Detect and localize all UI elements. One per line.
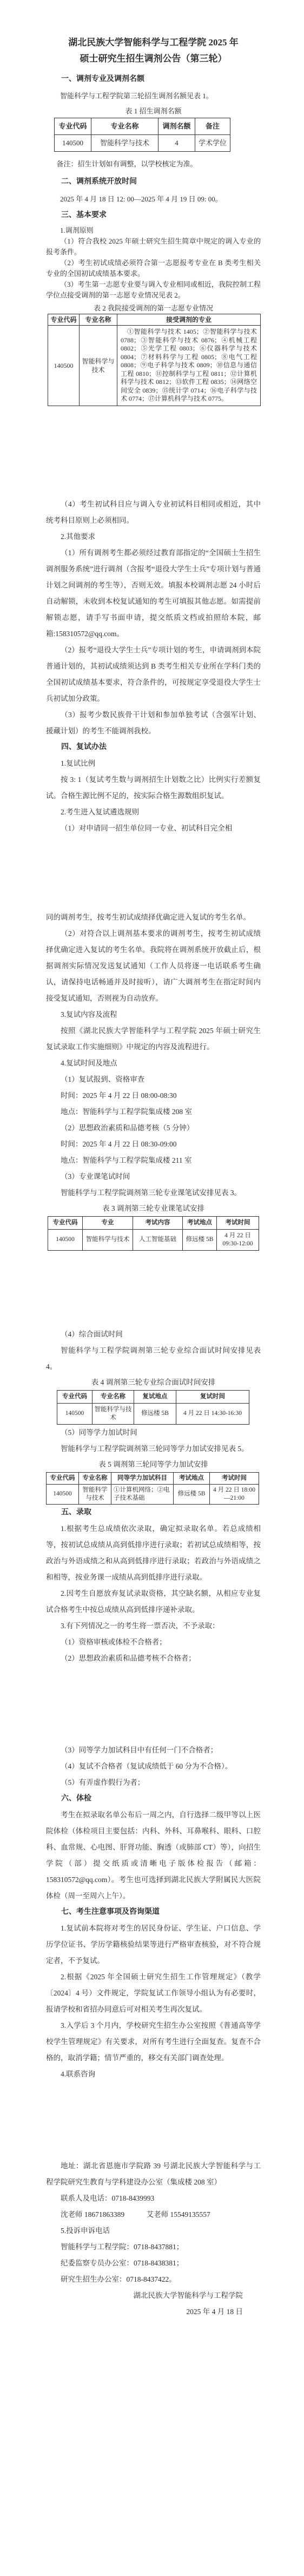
table1-note: 备注：招生计划如有调整，以学校核定为准。 — [46, 159, 261, 170]
s5-p5: （2）思想政治素质和品德考核不合格者； — [46, 1650, 261, 1667]
cell: 智能科学与技术 — [92, 1403, 134, 1424]
s4-p8: （2）思想政治素质和品德考核（5 分钟） — [46, 1120, 261, 1136]
col-header: 备注 — [195, 118, 230, 135]
table-header-row: 专业代码 专业名称 调剂名额 备注 — [55, 118, 230, 135]
cell: 140500 — [57, 1403, 92, 1424]
s7-p4: 4.联系咨询 — [46, 2066, 261, 2082]
s3-p6: （2）报考“退役大学生士兵”专项计划的考生，申请调剂到本院普通计划的，其初试成绩… — [46, 642, 261, 707]
s3-p2: （2）考生初试成绩必须符合第一志愿报考专业在 B 类考生相关专业的全国初试成绩基… — [46, 258, 261, 279]
table-interview: 专业代码 专业名称 复试地点 复试时间 140500 智能科学与技术 修远楼 5… — [57, 1390, 249, 1425]
s5-p8: （5）有弄虚作假行为者； — [46, 1775, 261, 1791]
table5-caption: 表 5 调剂第三轮同等学力加试安排 — [46, 1457, 261, 1472]
table-row: 140500 智能科学与技术 人工智能基础 修远楼 5B 4 月 22 日 09… — [48, 1229, 259, 1250]
s5-p4: （1）资格审核或体检不合格者； — [46, 1634, 261, 1650]
s3-p4: （4）考生初试科目应与调入专业初试科目相同或相近，其中统考科目原则上必须相同。 — [46, 496, 261, 529]
table-written-exam: 专业代码 专业 考试内容 考试地点 考试时间 140500 智能科学与技术 人工… — [48, 1216, 259, 1251]
cell: ①智能科学与技术 1405；②智能科学与技术 0788；③智能科学与技术 087… — [117, 326, 261, 406]
s7-p2: 2.根据《2025 年全国硕士研究生招生工作管理规定》（教学〔2024〕4 号）… — [46, 1969, 261, 2018]
s4-sub1: 1.复试比例 — [46, 756, 261, 772]
complaint-phone-college: 智能科学与工程学院：0718-8437881； — [46, 2239, 261, 2255]
table-row: 140500 智能科学与技术 4 学术学位 — [55, 135, 230, 152]
cell: 140500 — [47, 1484, 79, 1504]
s4-p11: （3）专业课笔试时间 — [46, 1169, 261, 1185]
cell: 140500 — [55, 135, 91, 152]
s4-p10: 地点：智能科学与工程学院集成楼 211 室 — [46, 1152, 261, 1169]
col-header: 专业代码 — [48, 1216, 83, 1229]
table-header-row: 专业代码 专业名称 复试地点 复试时间 — [57, 1390, 249, 1403]
page-gap — [46, 406, 261, 496]
s4-p12: 智能科学与工程学院调剂第三轮专业课笔试安排见表 3。 — [46, 1185, 261, 1201]
cell: 修远楼 5B — [134, 1403, 176, 1424]
s4-p9: 时间：2025 年 4 月 22 日 08:30-09:00 — [46, 1136, 261, 1152]
cell: 140500 — [48, 1229, 83, 1250]
col-header: 同等学力加试科目 — [111, 1472, 174, 1484]
col-header: 专业名称 — [79, 1472, 111, 1484]
s3-p3: （3）考生第一志愿专业要与调入专业相同或相近，我院控制工程学位点接受调剂的第一志… — [46, 279, 261, 301]
table-header-row: 专业代码 专业名称 接受调剂的专业 — [48, 314, 261, 326]
section6-heading: 六、体检 — [46, 1791, 261, 1807]
document-page: 湖北民族大学智能科学与工程学院 2025 年 硕士研究生招生调剂公告（第三轮） … — [0, 0, 304, 2320]
cell: 4 月 22 日 09:30-12:00 — [217, 1229, 259, 1250]
cell: 智能科学与技术 — [91, 135, 158, 152]
s4-p13: （4）综合面试时间 — [46, 1326, 261, 1343]
s3-sub1: 1.调剂原则 — [46, 225, 261, 236]
s7-p1: 1.复试前本院将对考生的居民身份证、学生证、户口信息、学历学位证书、学历学籍核验… — [46, 1920, 261, 1969]
col-header: 复试地点 — [134, 1390, 176, 1403]
col-header: 专业名称 — [92, 1390, 134, 1403]
s4-sub4: 4.复试时间及地点 — [46, 1055, 261, 1071]
col-header: 专业名称 — [91, 118, 158, 135]
col-header: 专业代码 — [47, 1472, 79, 1484]
page-gap — [46, 2082, 261, 2158]
col-header: 考试内容 — [133, 1216, 183, 1229]
table-row: 140500 智能科学与技术 修远楼 5B 4 月 22 日 14:30-16:… — [57, 1403, 249, 1424]
table3-caption: 表 3 调剂第三轮专业课笔试安排 — [46, 1201, 261, 1216]
contact-teachers: 沈老师 18671863389 艾老师 15549135557 — [46, 2207, 261, 2223]
col-header: 考试时间 — [210, 1472, 259, 1484]
s4-p2-part1: （1）对申请同一招生单位同一专业、初试科目完全相 — [46, 820, 261, 837]
cell: 140500 — [48, 326, 80, 406]
cell: 4 — [158, 135, 195, 152]
s4-p5: （1）复试报到、资格审查 — [46, 1071, 261, 1088]
col-header: 专业名称 — [80, 314, 117, 326]
cell: 智能科学与技术 — [80, 326, 117, 406]
table-makeup-exam: 专业代码 专业名称 同等学力加试科目 考试地点 考试时间 140500 智能科学… — [46, 1472, 259, 1505]
cell: 智能科学与技术 — [79, 1484, 111, 1504]
s5-p2: 2.因考生自愿放弃复试录取资格，其空缺名额，从相应专业复试合格考生中按总成绩从高… — [46, 1586, 261, 1618]
s4-p4: 按照《湖北民族大学智能科学与工程学院 2025 年硕士研究生复试录取工作实施细则… — [46, 1023, 261, 1055]
col-header: 专业代码 — [57, 1390, 92, 1403]
table-header-row: 专业代码 专业名称 同等学力加试科目 考试地点 考试时间 — [47, 1472, 259, 1484]
table2-caption: 表 2 我院接受调剂的第一志愿专业情况 — [46, 304, 261, 313]
col-header: 调剂名额 — [158, 118, 195, 135]
col-header: 专业 — [83, 1216, 133, 1229]
section4-heading: 四、复试办法 — [46, 739, 261, 756]
section1-heading: 一、调剂专业及调剂名额 — [46, 73, 261, 85]
cell: 4 月 22 日 18:00—21:00 — [210, 1484, 259, 1504]
doc-title-line1: 湖北民族大学智能科学与工程学院 2025 年 — [46, 35, 261, 51]
cell: 修远楼 5B — [174, 1484, 210, 1504]
table-accepted-majors: 专业代码 专业名称 接受调剂的专业 140500 智能科学与技术 ①智能科学与技… — [48, 314, 261, 406]
s5-p7: （4）复试不合格者（复试成绩低于 60 分为不合格）。 — [46, 1758, 261, 1775]
s4-p16: 智能科学与工程学院调剂第三轮同等学力加试安排见表 5。 — [46, 1441, 261, 1457]
s5-p1: 1.根据考生总成绩依次录取，确定拟录取名单。若总成绩相等，按初试总成绩从高到低排… — [46, 1521, 261, 1586]
col-header: 考试地点 — [183, 1216, 217, 1229]
s7-p8: 5.投诉申诉电话 — [46, 2223, 261, 2239]
col-header: 接受调剂的专业 — [117, 314, 261, 326]
section7-heading: 七、考生注意事项及咨询渠道 — [46, 1904, 261, 1920]
contact-phone: 联系人及电话：0718-8439993 — [46, 2190, 261, 2207]
col-header: 专业代码 — [55, 118, 91, 135]
s6-p1: 考生在拟录取名单公布后一周之内，自行选择二级甲等以上医院体检（体检项目主要包括：… — [46, 1807, 261, 1904]
table-row: 140500 智能科学与技术 ①计算机网络；②电子技术基础 修远楼 5B 4 月… — [47, 1484, 259, 1504]
section1-intro: 智能科学与工程学院第三轮招生调剂名额见表 1。 — [46, 91, 261, 102]
s3-sub2: 2.其他要求 — [46, 529, 261, 545]
doc-title-line2: 硕士研究生招生调剂公告（第三轮） — [46, 51, 261, 67]
s4-p7: 地点：智能科学与工程学院集成楼 208 室 — [46, 1104, 261, 1120]
system-open-time: 2025 年 4 月 18 日 12: 00—2025 年 4 月 19 日 0… — [46, 194, 261, 205]
signature-date: 2025 年 4 月 18 日 — [46, 2304, 243, 2320]
s4-p15: （5）同等学力加试时间 — [46, 1425, 261, 1441]
s4-p1: 按 3: 1（复试考生数与调剂招生计划数之比）比例实行差额复试。合格生源比例不足… — [46, 772, 261, 804]
s7-p3: 3.入学后 3 个月内，学校研究生招生办公室按照《普通高等学校学生管理规定》有关… — [46, 2018, 261, 2066]
table-header-row: 专业代码 专业 考试内容 考试地点 考试时间 — [48, 1216, 259, 1229]
s3-p1: （1）符合我校 2025 年硕士研究生招生简章中规定的调入专业的报考条件。 — [46, 236, 261, 258]
s3-p7: （3）报考少数民族骨干计划和参加单独考试（含强军计划、援藏计划）的考生不能调剂我… — [46, 707, 261, 739]
col-header: 专业代码 — [48, 314, 80, 326]
table4-caption: 表 4 调剂第三轮专业综合面试时间安排 — [46, 1375, 261, 1390]
table-quota: 专业代码 专业名称 调剂名额 备注 140500 智能科学与技术 4 学术学位 — [54, 118, 230, 152]
s5-p6: （3）同等学力加试科目中有任何一门不合格者； — [46, 1742, 261, 1758]
col-header: 考试地点 — [174, 1472, 210, 1484]
cell: 人工智能基础 — [133, 1229, 183, 1250]
s4-p2-part2: 同的调剂考生，按考生初试成绩择优确定进入复试的考生名单。 — [46, 909, 261, 926]
s4-p6: 时间：2025 年 4 月 22 日 08:00-08:30 — [46, 1088, 261, 1104]
contact-address: 地址：湖北省恩施市学院路 39 号湖北民族大学智能科学与工程学院研究生教育与学科… — [46, 2158, 261, 2190]
document-scan: { "title": { "line1": "湖北民族大学智能科学与工程学院 2… — [0, 0, 304, 2576]
s4-p14: 智能科学与工程学院调剂第三轮专业综合面试时间安排见表 4。 — [46, 1343, 261, 1375]
table1-caption: 表 1 招生调剂名额 — [46, 107, 261, 116]
page-gap — [46, 1667, 261, 1742]
page-gap — [46, 837, 261, 909]
s3-p5: （1）所有调剂考生都必须经过教育部指定的“全国硕士生招生调剂服务系统”进行调剂（… — [46, 545, 261, 642]
cell: 修远楼 5B — [183, 1229, 217, 1250]
s4-sub2: 2.考生进入复试遴选规则 — [46, 804, 261, 820]
s5-p3: 3.有下列情况之一的考生将一票否决，不予录取： — [46, 1618, 261, 1634]
col-header: 复试时间 — [176, 1390, 249, 1403]
section3-heading: 三、基本要求 — [46, 210, 261, 221]
s4-sub3: 3.复试内容及流程 — [46, 1007, 261, 1023]
cell: ①计算机网络；②电子技术基础 — [111, 1484, 174, 1504]
complaint-phone-admissions: 研究生招生办公室：0718-8437422。 — [46, 2271, 261, 2288]
s4-p3: （2）对符合以上调剂基本要求的调剂考生，按考生初试成绩择优确定进入复试的考生名单… — [46, 926, 261, 1007]
table-row: 140500 智能科学与技术 ①智能科学与技术 1405；②智能科学与技术 07… — [48, 326, 261, 406]
section5-heading: 五、录取 — [46, 1505, 261, 1521]
signature-org: 湖北民族大学智能科学与工程学院 — [46, 2288, 243, 2304]
cell: 4 月 22 日 14:30-16:30 — [176, 1403, 249, 1424]
section2-heading: 二、调剂系统开放时间 — [46, 176, 261, 188]
complaint-phone-discipline: 纪委监察专员办公室：0718-8438381； — [46, 2255, 261, 2271]
col-header: 考试时间 — [217, 1216, 259, 1229]
page-gap — [46, 1251, 261, 1326]
cell: 学术学位 — [195, 135, 230, 152]
cell: 智能科学与技术 — [83, 1229, 133, 1250]
